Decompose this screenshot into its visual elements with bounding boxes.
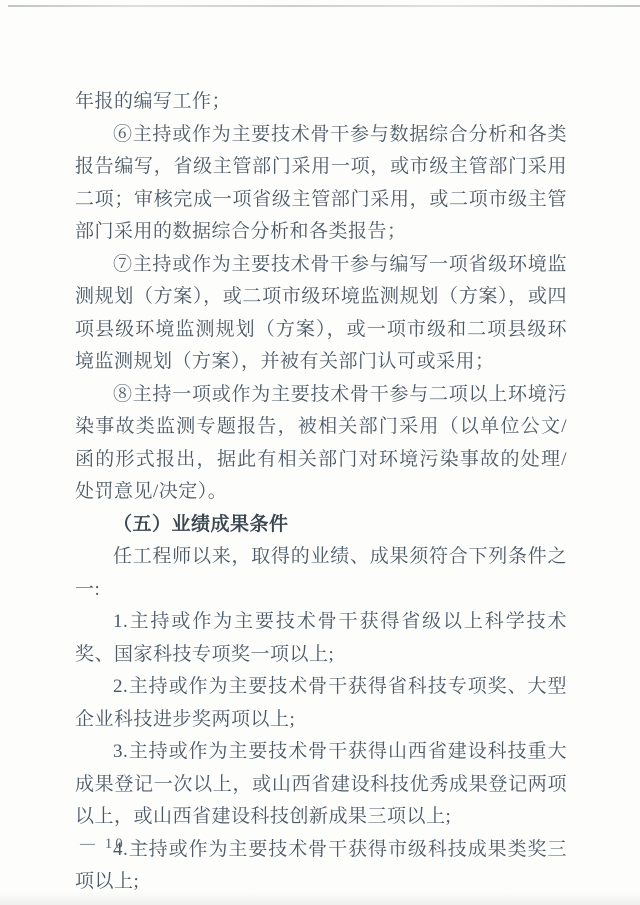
paragraph-item-3: 3.主持或作为主要技术骨干获得山西省建设科技重大成果登记一次以上，或山西省建设科… [75,736,567,834]
paragraph-continuation: 年报的编写工作； [75,86,567,119]
document-page: 年报的编写工作； ⑥主持或作为主要技术骨干参与数据综合分析和各类报告编写，省级主… [0,0,640,905]
document-body: 年报的编写工作； ⑥主持或作为主要技术骨干参与数据综合分析和各类报告编写，省级主… [75,86,567,899]
scan-artifact-shadow [0,891,640,905]
scan-artifact-line [8,5,640,7]
paragraph-item-1: 1.主持或作为主要技术骨干获得省级以上科学技术奖、国家科技专项奖一项以上; [75,606,567,671]
page-number: — 10 — [80,836,151,853]
paragraph-clause-8: ⑧主持一项或作为主要技术骨干参与二项以上环境污染事故类监测专题报告，被相关部门采… [75,379,567,509]
paragraph-clause-6: ⑥主持或作为主要技术骨干参与数据综合分析和各类报告编写，省级主管部门采用一项，或… [75,119,567,249]
paragraph-item-2: 2.主持或作为主要技术骨干获得省科技专项奖、大型企业科技进步奖两项以上; [75,671,567,736]
section-heading: （五）业绩成果条件 [75,509,567,542]
paragraph-section-intro: 任工程师以来，取得的业绩、成果须符合下列条件之一: [75,541,567,606]
paragraph-clause-7: ⑦主持或作为主要技术骨干参与编写一项省级环境监测规划（方案），或二项市级环境监测… [75,249,567,379]
